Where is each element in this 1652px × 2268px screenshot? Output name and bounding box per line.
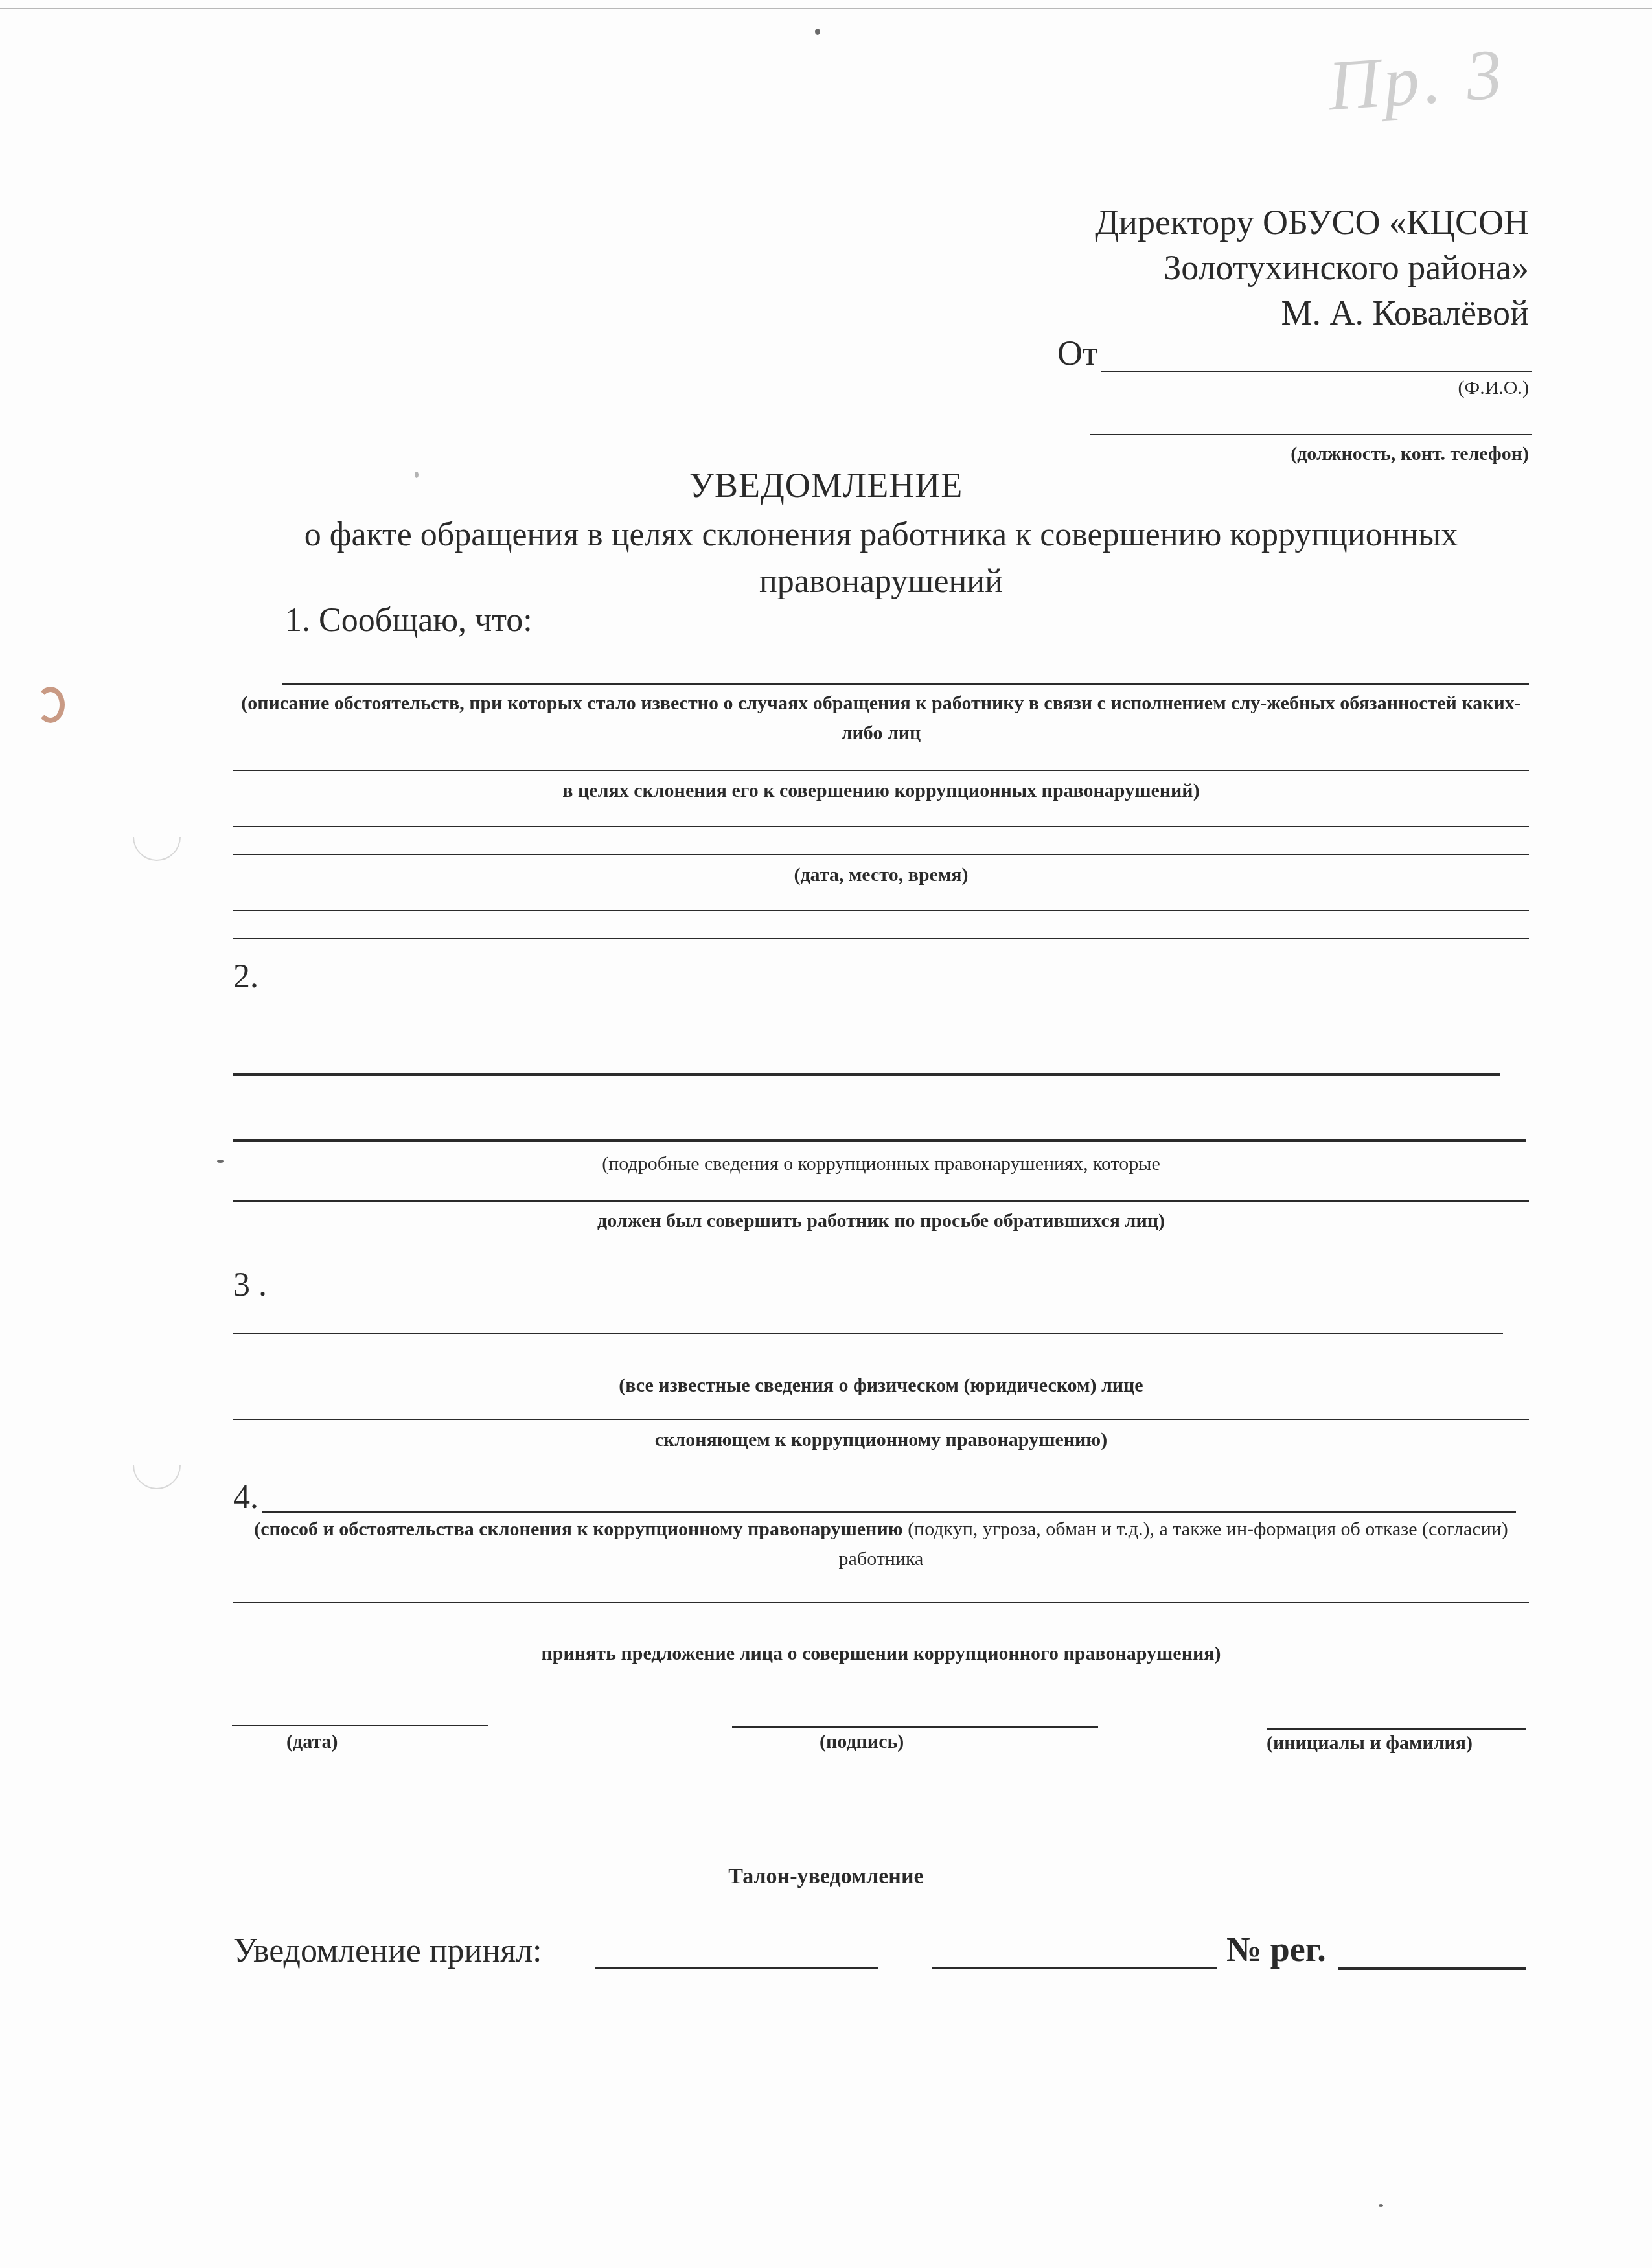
punch-hole-mark [123, 1432, 191, 1500]
document-subtitle: о факте обращения в целях склонения рабо… [220, 512, 1542, 605]
section-2-field-1[interactable] [233, 1073, 1500, 1076]
name-field[interactable] [1267, 1728, 1526, 1730]
section-2-field-2[interactable] [233, 1139, 1526, 1142]
document-title: УВЕДОМЛЕНИЕ [0, 465, 1652, 505]
section-1-field-1[interactable] [282, 683, 1529, 685]
section-4-caption-1-bold: (способ и обстоятельства склонения к кор… [254, 1518, 902, 1540]
section-3-caption-1: (все известные сведения о физическом (юр… [233, 1371, 1529, 1401]
scan-speck [1379, 2204, 1383, 2207]
section-4-label: 4. [233, 1478, 258, 1517]
addressee-name: М. А. Ковалёвой [1281, 290, 1529, 336]
section-1-field-6[interactable] [233, 938, 1529, 939]
fio-caption: (Ф.И.О.) [1458, 377, 1529, 399]
section-4-caption-1: (способ и обстоятельства склонения к кор… [233, 1515, 1529, 1574]
position-phone-caption: (должность, конт. телефон) [1291, 443, 1529, 465]
coupon-accepted-signature-field[interactable] [932, 1967, 1217, 1969]
addressee-line-1: Директору ОБУСО «КЦСОН [1095, 200, 1529, 245]
from-label: От [1057, 333, 1098, 373]
handwritten-note: Пр. 3 [1325, 33, 1509, 128]
section-1-field-4[interactable] [233, 854, 1529, 855]
staple-rust-mark [36, 687, 65, 723]
name-caption: (инициалы и фамилия) [1267, 1732, 1473, 1754]
section-2-field-3[interactable] [233, 1200, 1529, 1202]
section-2-label: 2. [233, 957, 258, 996]
coupon-title: Талон-уведомление [0, 1864, 1652, 1889]
from-fio-field[interactable] [1101, 371, 1532, 372]
section-3-caption-2: склоняющем к коррупционному правонарушен… [233, 1425, 1529, 1455]
section-3-field-2[interactable] [233, 1419, 1529, 1420]
punch-hole-mark [123, 803, 191, 871]
signature-field[interactable] [732, 1726, 1098, 1728]
section-1-caption-1: (описание обстоятельств, при которых ста… [233, 689, 1529, 748]
section-3-label: 3 . [233, 1266, 267, 1304]
section-1-label: 1. Сообщаю, что: [285, 601, 533, 639]
section-1-field-5[interactable] [233, 910, 1529, 911]
section-4-field-2[interactable] [233, 1602, 1529, 1603]
coupon-accepted-label: Уведомление принял: [233, 1932, 542, 1970]
coupon-accepted-name-field[interactable] [595, 1967, 878, 1969]
section-4-field-1[interactable] [262, 1511, 1516, 1513]
section-4-caption-2: принять предложение лица о совершении ко… [233, 1639, 1529, 1669]
signature-caption: (подпись) [820, 1731, 904, 1753]
section-1-field-3[interactable] [233, 826, 1529, 827]
scan-top-edge [0, 8, 1652, 9]
coupon-reg-number-field[interactable] [1338, 1967, 1526, 1970]
addressee-line-2: Золотухинского района» [1164, 245, 1529, 290]
section-3-field-1[interactable] [233, 1333, 1503, 1334]
section-1-field-2[interactable] [233, 770, 1529, 771]
coupon-reg-label: № рег. [1226, 1929, 1326, 1969]
position-phone-field[interactable] [1090, 434, 1532, 435]
section-1-caption-3: (дата, место, время) [233, 860, 1529, 890]
section-4-caption-1-normal: (подкуп, угроза, обман и т.д.), а также … [839, 1518, 1508, 1570]
section-1-caption-2: в целях склонения его к совершению корру… [233, 776, 1529, 806]
section-2-caption-2: должен был совершить работник по просьбе… [233, 1206, 1529, 1236]
date-caption: (дата) [286, 1731, 338, 1753]
scan-speck [815, 29, 820, 35]
date-field[interactable] [232, 1725, 488, 1726]
scan-speck [217, 1160, 224, 1163]
section-2-caption-1: (подробные сведения о коррупционных прав… [233, 1149, 1529, 1179]
